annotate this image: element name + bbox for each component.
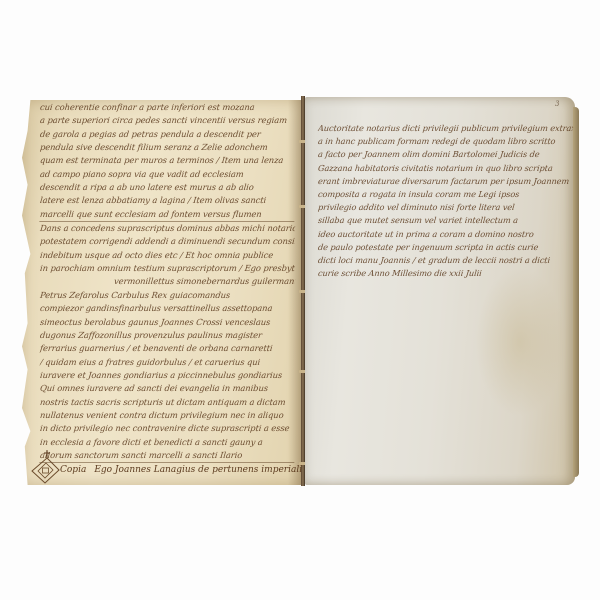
manuscript-line: dugonus Zaffozonillus provenzulus paulin… (39, 329, 295, 342)
manuscript-line: indebitum usque ad octo dies etc / Et ho… (39, 249, 295, 262)
manuscript-line: Auctoritate notarius dicti privilegii pu… (317, 122, 573, 135)
folio-number: 3 (555, 100, 559, 108)
manuscript-line: sillaba que mutet sensum vel variet inte… (317, 214, 573, 227)
paper-stain (475, 267, 565, 417)
manuscript-line: nullatenus venient contra dictum privile… (39, 409, 295, 422)
manuscript-line: de paulo potestate per ingenuum scripta … (317, 241, 573, 254)
manuscript-line: a parte superiori circa pedes sancti vin… (39, 114, 295, 127)
manuscript-line: Petrus Zefarolus Carbulus Rex guiacomand… (39, 289, 295, 302)
manuscript-line: in parochiam omnium testium suprascripto… (39, 262, 295, 275)
manuscript-line: ad campo piano sopra via que vadit ad ec… (39, 168, 295, 181)
manuscript-line: latere est lenza abbatiamy a lagina / It… (39, 194, 295, 207)
manuscript-line: composita a rogata in insula coram me Le… (317, 188, 573, 201)
left-page-text: cui coherentie confinar a parte inferior… (40, 101, 295, 463)
manuscript-line: marcelli que sunt ecclesiam ad fontem ve… (39, 208, 296, 222)
manuscript-line: vermonillettus simonebernardus guilerman… (39, 275, 295, 288)
notary-attestation-text: Ego Joannes Lanagius de pertunens imperi… (94, 465, 302, 475)
copia-label: Copia (60, 465, 86, 475)
open-manuscript: 3 cui coherentie confinar a parte inferi… (0, 0, 600, 600)
manuscript-line: privilegio addito vel diminuto nisi fort… (317, 201, 573, 214)
manuscript-line: ideo auctoritate ut in prima a coram a d… (317, 228, 573, 241)
manuscript-line: in ecclesia a favore dicti et benedicti … (39, 436, 295, 449)
manuscript-line: Qui omnes iuravere ad sancti dei evangel… (39, 382, 295, 395)
manuscript-line: in dicto privilegio nec contravenire dic… (39, 422, 295, 435)
copia-attestation: Copia Ego Joannes Lanagius de pertunens … (60, 465, 302, 475)
manuscript-line: potestatem corrigendi addendi a diminuen… (39, 235, 295, 248)
manuscript-line: aliorum sanctorum sancti marcelli a sanc… (39, 449, 296, 463)
manuscript-line: compiezor gandinsfinarbulus versattinell… (39, 302, 295, 315)
right-fore-edge (573, 107, 579, 477)
manuscript-line: de garola a pegias ad petras pendula a d… (39, 128, 295, 141)
manuscript-line: nostris tactis sacris scripturis ut dict… (39, 396, 295, 409)
manuscript-line: Dans a concedens suprascriptus dominus a… (39, 222, 295, 235)
manuscript-line: cui coherentie confinar a parte inferior… (39, 101, 295, 114)
manuscript-line: simeoctus berolabus gaunus Joannes Cross… (39, 316, 295, 329)
manuscript-line: a in hanc publicam formam redegi de quod… (317, 135, 573, 148)
manuscript-line: a facto per Joannem olim domini Bartolom… (317, 148, 573, 161)
manuscript-line: iuravere et Joannes gondiarius a piccinn… (39, 369, 295, 382)
right-page-text: Auctoritate notarius dicti privilegii pu… (318, 122, 573, 280)
manuscript-line: curie scribe Anno Millesimo die xxii Jul… (317, 267, 573, 280)
manuscript-line: quam est terminata per muros a terminos … (39, 154, 295, 167)
manuscript-line: ferrarius guarnerius / et benaventi de o… (39, 342, 295, 355)
manuscript-line: erant imbreviaturae diversarum factarum … (317, 175, 573, 188)
manuscript-line: dicti loci manu Joannis / et gradum de l… (317, 254, 573, 267)
notarial-signum-icon (30, 450, 60, 484)
manuscript-line: pendula sive descendit filium seranz a Z… (39, 141, 295, 154)
manuscript-line: descendit a ripa a ab uno latere est mur… (39, 181, 295, 194)
manuscript-line: Gazzana habitatoris civitatis notarium i… (317, 162, 573, 175)
manuscript-line: / quidam eius a fratres guidorbulus / et… (39, 356, 295, 369)
